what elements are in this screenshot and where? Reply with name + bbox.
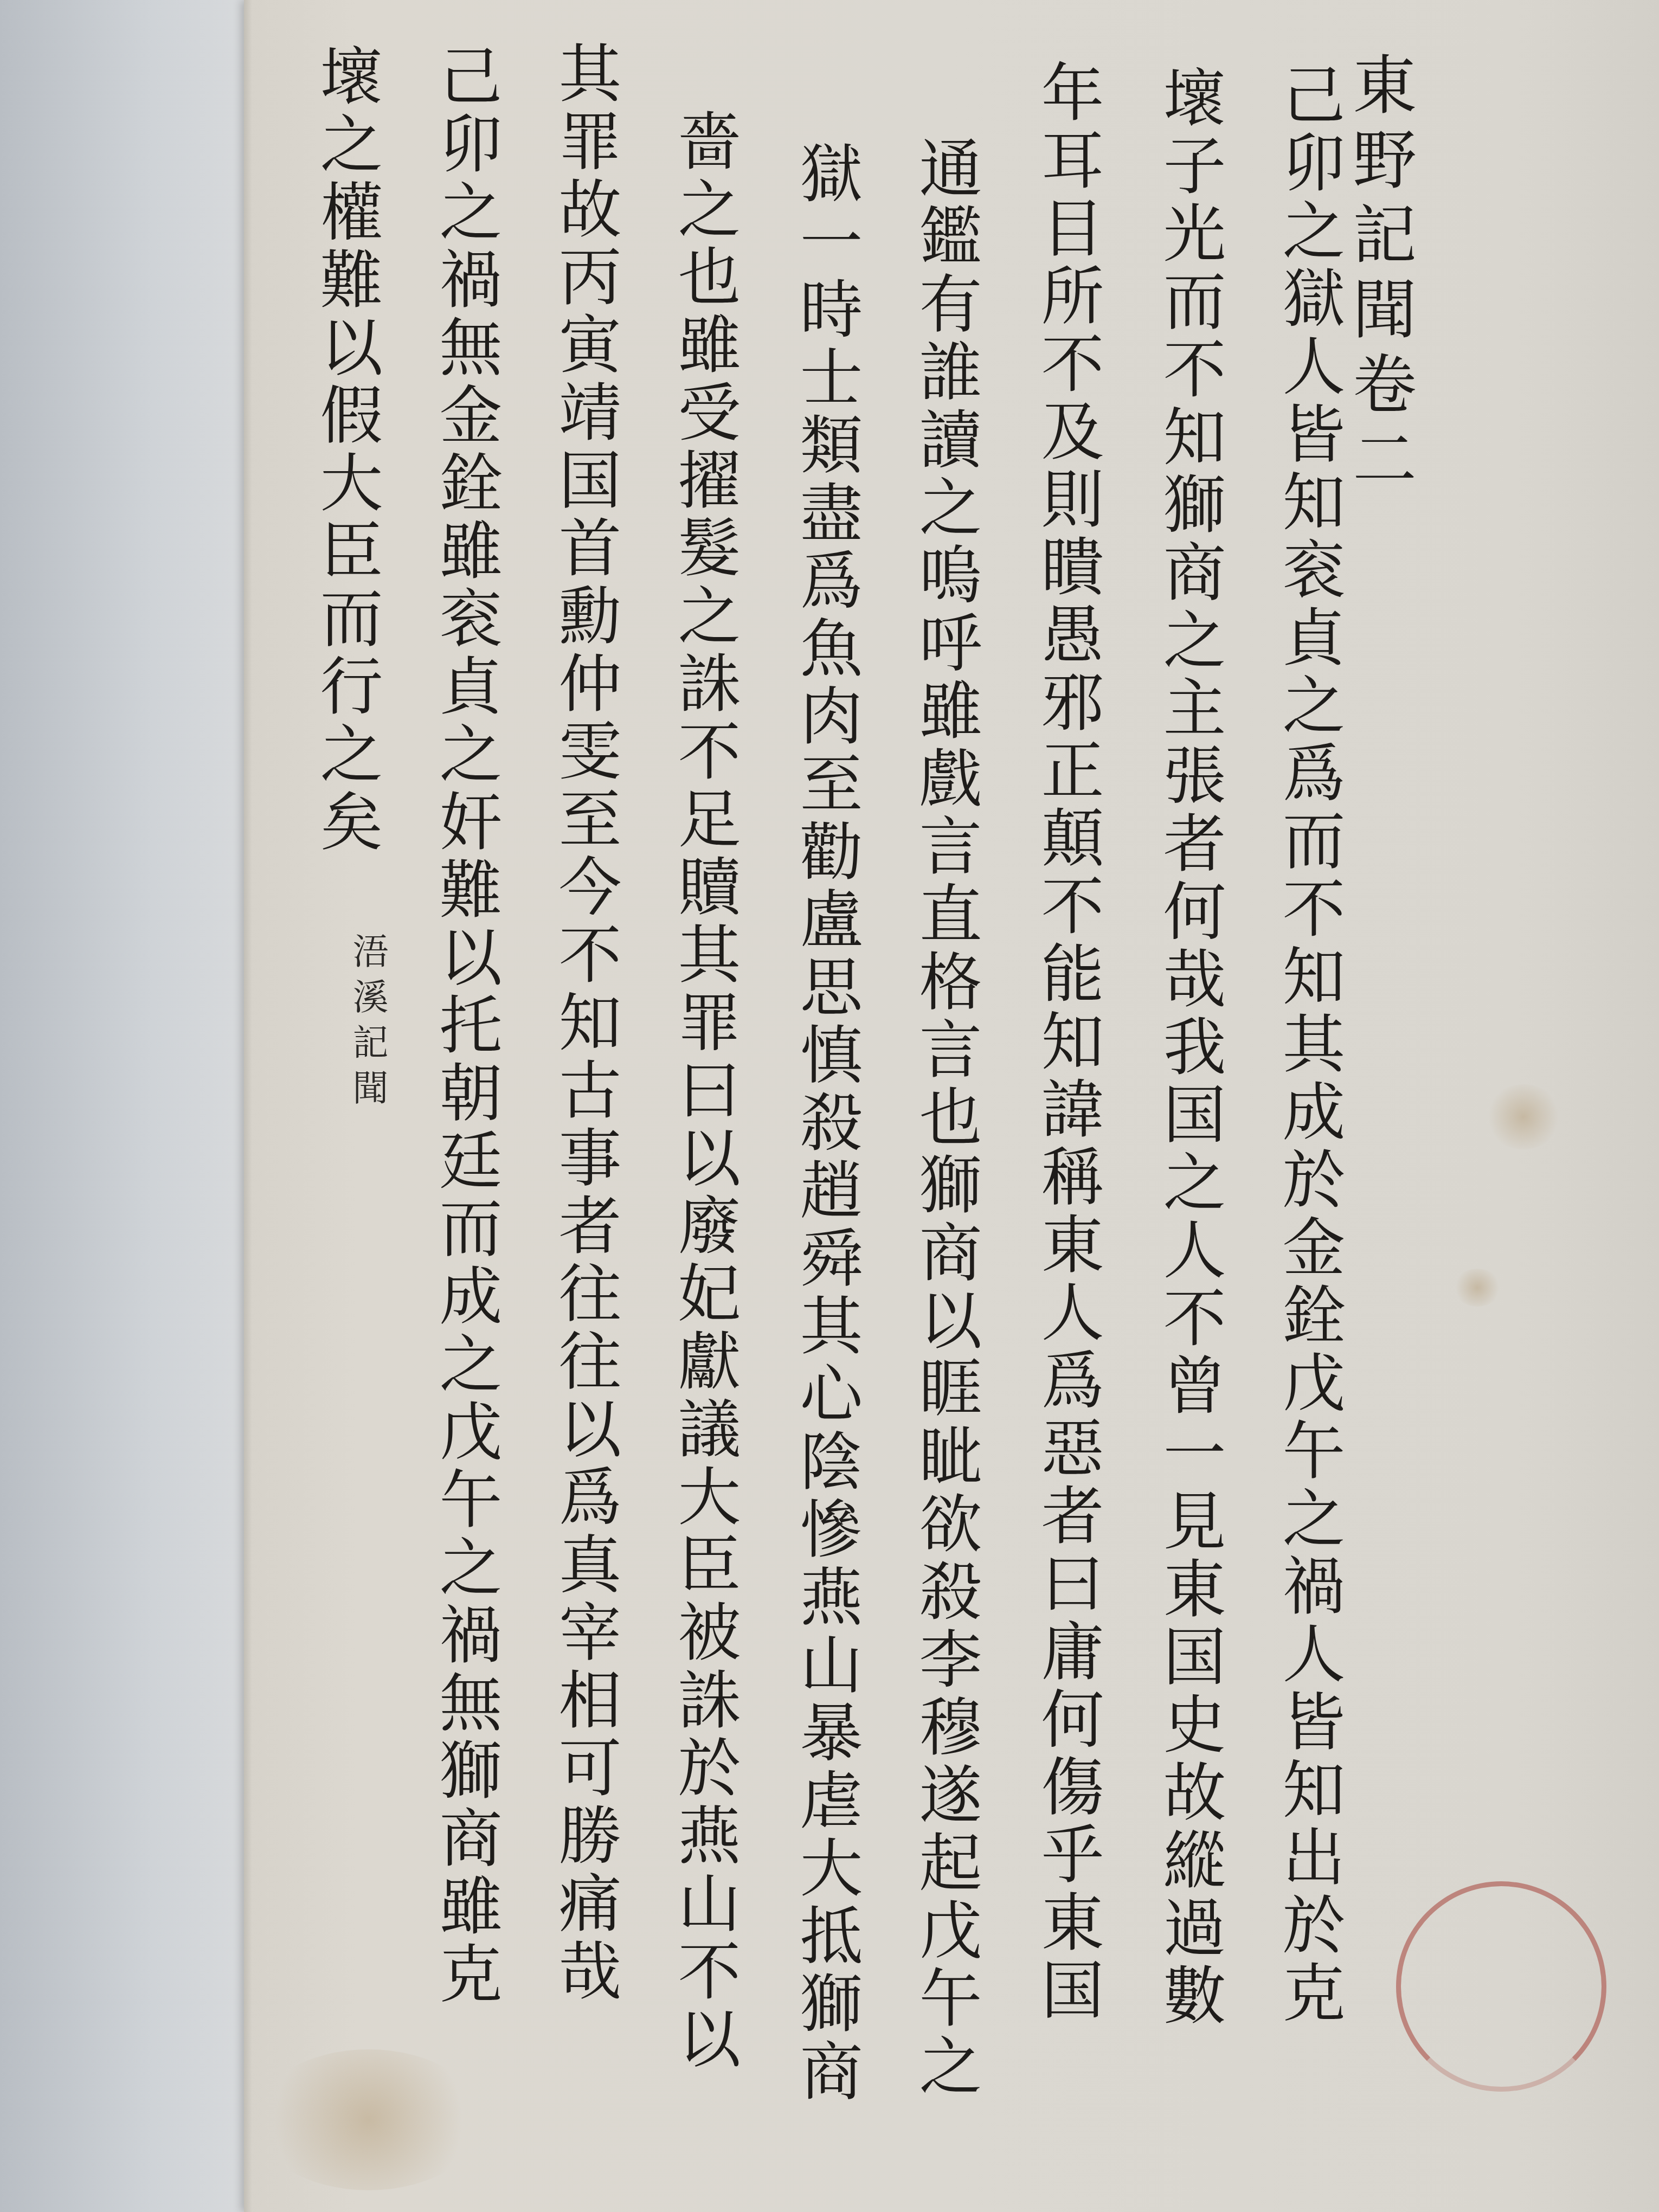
paper-stain (1453, 1269, 1502, 1307)
paper-stain (1486, 1084, 1561, 1149)
page-edge (244, 0, 252, 2212)
seal-text (1401, 1886, 1602, 2087)
red-seal-stamp (1396, 1881, 1606, 2092)
text-column-7: 其罪故丙寅靖国首勳仲雯至今不知古事者往往以爲真宰相可勝痛哉 (553, 41, 616, 2006)
text-column-2: 壞子光而不知獅商之主張者何哉我国之人不曾一見東国史故縱過數 (1158, 65, 1220, 2030)
book-title: 東野記聞卷二 (1347, 52, 1411, 500)
backdrop-surface (0, 0, 255, 2212)
text-column-9: 壞之權難以假大臣而行之矣 (314, 43, 377, 857)
source-annotation: 浯溪記聞 (342, 933, 393, 1115)
text-column-1: 己卯之獄人皆知衮貞之爲而不知其成於金銓戊午之禍人皆知出於克 (1277, 62, 1340, 2028)
text-column-5: 獄一時士類盡爲魚肉至勸盧思慎殺趙舜其心陰慘燕山暴虐大抵獅商 (794, 141, 857, 2106)
paper-stain (255, 2049, 483, 2190)
text-column-3: 年耳目所不及則瞶愚邪正顛不能知諱稱東人爲惡者曰庸何傷乎東国 (1036, 60, 1098, 2025)
text-column-6: 嗇之也雖受擢髮之誅不足贖其罪曰以廢妃獻議大臣被誅於燕山不以 (672, 108, 735, 2074)
text-column-8: 己卯之禍無金銓雖衮貞之奸難以托朝廷而成之戊午之禍無獅商雖克 (434, 43, 497, 2009)
text-column-4: 通鑑有誰讀之嗚呼雖戲言直格言也獅商以睚眦欲殺李穆遂起戊午之 (914, 136, 976, 2101)
